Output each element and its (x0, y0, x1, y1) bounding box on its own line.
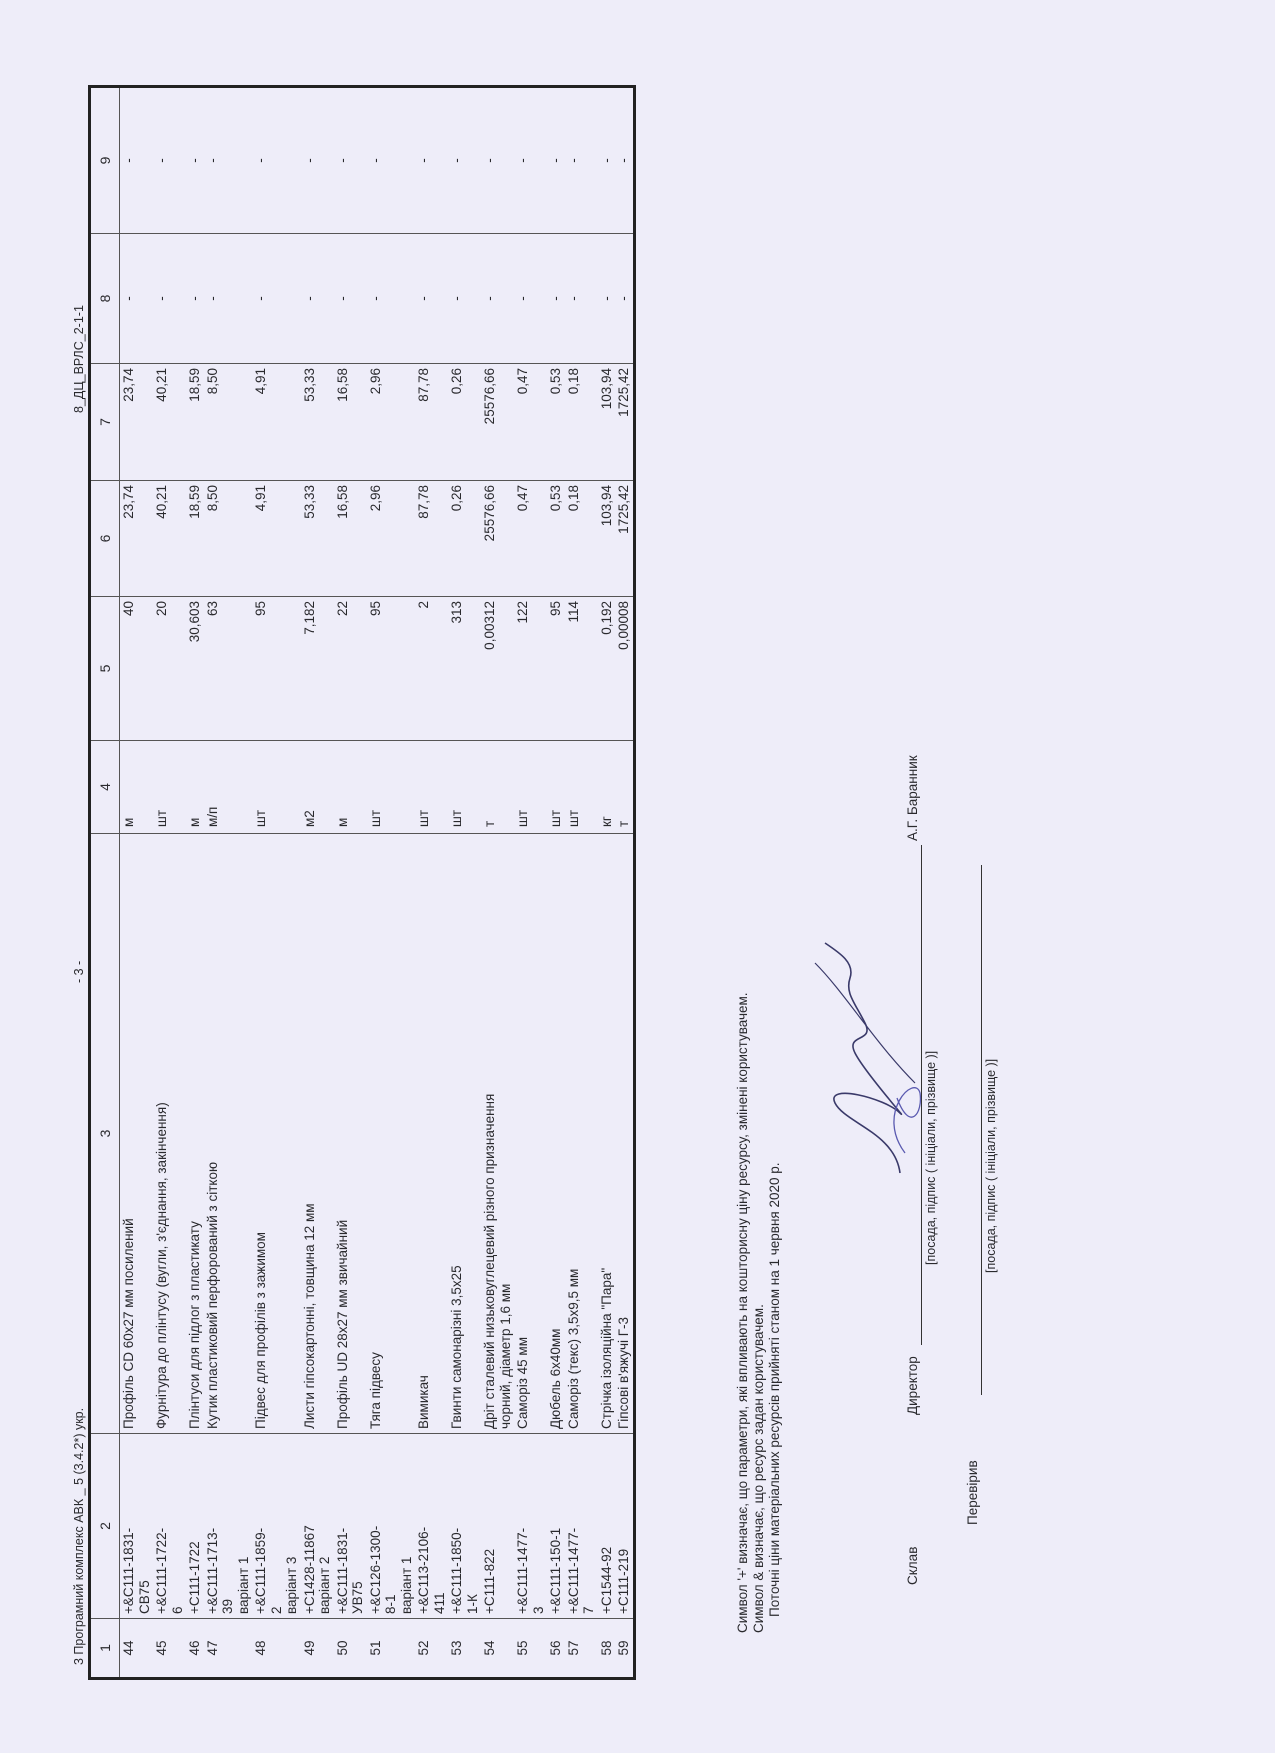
resource-code: +С111-219 (615, 1434, 634, 1619)
unit: шт (547, 741, 565, 834)
col8-value: - (415, 234, 448, 364)
price-col6: 103,94 (598, 481, 616, 597)
price-col7: 25576,66 (481, 364, 514, 481)
resource-code: +&С111-1859- 2 варіант 3 (252, 1434, 301, 1619)
price-col7: 1725,42 (615, 364, 634, 481)
quantity: 2 (415, 597, 448, 741)
col9-value: - (120, 87, 154, 234)
col9-value: - (334, 87, 367, 234)
unit: м2 (301, 741, 334, 834)
col9-value: - (204, 87, 253, 234)
quantity: 95 (252, 597, 301, 741)
resource-code: +С1428-11867 варіант 2 (301, 1434, 334, 1619)
unit: кг (598, 741, 616, 834)
table-row: 58+С1544-92Стрічка ізоляційна "Пара"кг0,… (598, 87, 616, 1679)
price-col6: 16,58 (334, 481, 367, 597)
row-number: 59 (615, 1619, 634, 1679)
resource-name: Профіль CD 60x27 мм посилений (120, 834, 154, 1434)
row-number: 56 (547, 1619, 565, 1679)
quantity: 22 (334, 597, 367, 741)
column-header-1: 1 (90, 1619, 120, 1679)
table-row: 54+С111-822Дріт сталевий низьковуглецеви… (481, 87, 514, 1679)
row-number: 58 (598, 1619, 616, 1679)
column-number-row: 123456789 (90, 87, 120, 1679)
resource-code: +&С111-1713- 39 варіант 1 (204, 1434, 253, 1619)
resource-name: Стрічка ізоляційна "Пара" (598, 834, 616, 1434)
unit: шт (448, 741, 481, 834)
column-header-8: 8 (90, 234, 120, 364)
price-col6: 1725,42 (615, 481, 634, 597)
rotated-document-page: 3 Програмний комплекс АВК _ 5 (3.4.2*) у… (0, 0, 1275, 1753)
resource-code: +&С113-2106- 411 (415, 1434, 448, 1619)
note-price-date: Поточні ціни матеріальних ресурсів прийн… (767, 992, 783, 1633)
col8-value: - (252, 234, 301, 364)
col9-value: - (448, 87, 481, 234)
row-number: 53 (448, 1619, 481, 1679)
resource-code: +&С111-1477- 7 (565, 1434, 598, 1619)
checked-signature-line (965, 865, 982, 1395)
resource-name: Підвес для профілів з зажимом (252, 834, 301, 1434)
table-row: 59+С111-219Гіпсові в'яжучі Г-3т0,0000817… (615, 87, 634, 1679)
row-number: 55 (514, 1619, 547, 1679)
unit: м (186, 741, 204, 834)
unit: шт (415, 741, 448, 834)
col9-value: - (186, 87, 204, 234)
col9-value: - (367, 87, 416, 234)
row-number: 52 (415, 1619, 448, 1679)
table-row: 55+&С111-1477- 3Саморіз 45 ммшт1220,470,… (514, 87, 547, 1679)
checked-hint: [посада, підпис ( ініціали, прізвище )] (984, 1059, 998, 1273)
col9-value: - (301, 87, 334, 234)
unit: т (481, 741, 514, 834)
resource-name: Профіль UD 28x27 мм звичайний (334, 834, 367, 1434)
row-number: 44 (120, 1619, 154, 1679)
table-row: 44+&С111-1831- СВ75Профіль CD 60x27 мм п… (120, 87, 154, 1679)
unit: т (615, 741, 634, 834)
price-col6: 25576,66 (481, 481, 514, 597)
col8-value: - (120, 234, 154, 364)
resource-code: +&С111-1831- УВ75 (334, 1434, 367, 1619)
col8-value: - (204, 234, 253, 364)
price-col6: 0,18 (565, 481, 598, 597)
resource-name: Саморіз 45 мм (514, 834, 547, 1434)
price-col7: 53,33 (301, 364, 334, 481)
resource-code: +&С111-1477- 3 (514, 1434, 547, 1619)
table-row: 56+&С111-150-1Дюбель 6x40ммшт950,530,53-… (547, 87, 565, 1679)
quantity: 313 (448, 597, 481, 741)
resource-name: Фурнітура до плінтусу (вугли, з'єднання,… (153, 834, 186, 1434)
resource-name: Дріт сталевий низьковуглецевий різного п… (481, 834, 514, 1434)
resource-code: +С111-1722 (186, 1434, 204, 1619)
col8-value: - (448, 234, 481, 364)
table-row: 47+&С111-1713- 39 варіант 1Кутик пластик… (204, 87, 253, 1679)
col8-value: - (186, 234, 204, 364)
table-row: 49+С1428-11867 варіант 2Листи гіпсокарто… (301, 87, 334, 1679)
resource-name: Дюбель 6x40мм (547, 834, 565, 1434)
resource-code: +С1544-92 (598, 1434, 616, 1619)
compiled-position: Директор (905, 1356, 920, 1415)
price-col7: 40,21 (153, 364, 186, 481)
handwritten-signature-icon (805, 933, 925, 1193)
unit: шт (565, 741, 598, 834)
resource-name: Вимикач (415, 834, 448, 1434)
row-number: 50 (334, 1619, 367, 1679)
row-number: 54 (481, 1619, 514, 1679)
price-col6: 0,53 (547, 481, 565, 597)
table-row: 46+С111-1722Плінтуси для підлог з пласти… (186, 87, 204, 1679)
price-col7: 103,94 (598, 364, 616, 481)
column-header-3: 3 (90, 834, 120, 1434)
document-code: 8_ДЦ_ВРЛС_2-1-1 (72, 305, 86, 413)
price-col6: 40,21 (153, 481, 186, 597)
col8-value: - (615, 234, 634, 364)
price-col6: 23,74 (120, 481, 154, 597)
resource-code: +&С111-150-1 (547, 1434, 565, 1619)
resource-name: Гіпсові в'яжучі Г-3 (615, 834, 634, 1434)
resource-code: +&С111-1831- СВ75 (120, 1434, 154, 1619)
table-row: 57+&С111-1477- 7Саморіз (текс) 3,5x9,5 м… (565, 87, 598, 1679)
table-row: 50+&С111-1831- УВ75Профіль UD 28x27 мм з… (334, 87, 367, 1679)
quantity: 40 (120, 597, 154, 741)
price-col7: 0,47 (514, 364, 547, 481)
row-number: 51 (367, 1619, 416, 1679)
col8-value: - (481, 234, 514, 364)
col9-value: - (481, 87, 514, 234)
price-col6: 53,33 (301, 481, 334, 597)
col8-value: - (367, 234, 416, 364)
price-col7: 0,26 (448, 364, 481, 481)
price-col6: 0,26 (448, 481, 481, 597)
compiled-label: Склав (905, 1547, 920, 1585)
row-number: 49 (301, 1619, 334, 1679)
column-header-4: 4 (90, 741, 120, 834)
column-header-7: 7 (90, 364, 120, 481)
quantity: 0,00312 (481, 597, 514, 741)
unit: м (334, 741, 367, 834)
quantity: 0,192 (598, 597, 616, 741)
col8-value: - (153, 234, 186, 364)
table-row: 45+&С111-1722- 6Фурнітура до плінтусу (в… (153, 87, 186, 1679)
col9-value: - (252, 87, 301, 234)
unit: шт (367, 741, 416, 834)
resource-table: 123456789 44+&С111-1831- СВ75Профіль CD … (88, 85, 636, 1680)
resource-name: Листи гіпсокартонні, товщина 12 мм (301, 834, 334, 1434)
col9-value: - (547, 87, 565, 234)
price-col7: 0,18 (565, 364, 598, 481)
column-header-6: 6 (90, 481, 120, 597)
unit: м/п (204, 741, 253, 834)
table-row: 53+&С111-1850- 1-КГвинти самонарізні 3,5… (448, 87, 481, 1679)
table-row: 52+&С113-2106- 411Вимикачшт287,7887,78-- (415, 87, 448, 1679)
quantity: 63 (204, 597, 253, 741)
notes-block: Символ '+' визначає, що параметри, які в… (735, 992, 783, 1633)
checked-label: Перевірив (965, 1460, 980, 1525)
col9-value: - (415, 87, 448, 234)
compiled-name: А.Г. Баранник (905, 755, 920, 841)
column-header-2: 2 (90, 1434, 120, 1619)
resource-name: Плінтуси для підлог з пластикату (186, 834, 204, 1434)
col8-value: - (334, 234, 367, 364)
price-col7: 18,59 (186, 364, 204, 481)
quantity: 95 (367, 597, 416, 741)
price-col7: 0,53 (547, 364, 565, 481)
price-col7: 8,50 (204, 364, 253, 481)
quantity: 30,603 (186, 597, 204, 741)
col8-value: - (514, 234, 547, 364)
compiled-hint: [посада, підпис ( ініціали, прізвище )] (924, 1051, 938, 1265)
price-col6: 18,59 (186, 481, 204, 597)
quantity: 20 (153, 597, 186, 741)
row-number: 48 (252, 1619, 301, 1679)
quantity: 7,182 (301, 597, 334, 741)
price-col7: 23,74 (120, 364, 154, 481)
price-col6: 4,91 (252, 481, 301, 597)
resource-name: Саморіз (текс) 3,5x9,5 мм (565, 834, 598, 1434)
software-header: 3 Програмний комплекс АВК _ 5 (3.4.2*) у… (72, 1408, 86, 1665)
col9-value: - (598, 87, 616, 234)
column-header-9: 9 (90, 87, 120, 234)
col8-value: - (565, 234, 598, 364)
note-ampersand-symbol: Символ & визначає, що ресурс задан корис… (751, 992, 767, 1633)
row-number: 47 (204, 1619, 253, 1679)
resource-code: +&С126-1300- 8-1 варіант 1 (367, 1434, 416, 1619)
price-col7: 2,96 (367, 364, 416, 481)
unit: шт (514, 741, 547, 834)
price-col6: 8,50 (204, 481, 253, 597)
unit: шт (252, 741, 301, 834)
resource-code: +&С111-1722- 6 (153, 1434, 186, 1619)
page-number: - 3 - (72, 961, 86, 983)
price-col6: 0,47 (514, 481, 547, 597)
row-number: 45 (153, 1619, 186, 1679)
col8-value: - (301, 234, 334, 364)
table-row: 51+&С126-1300- 8-1 варіант 1Тяга підвесу… (367, 87, 416, 1679)
resource-name: Кутик пластиковий перфорований з сіткою (204, 834, 253, 1434)
note-plus-symbol: Символ '+' визначає, що параметри, які в… (735, 992, 751, 1633)
price-col6: 87,78 (415, 481, 448, 597)
resource-code: +&С111-1850- 1-К (448, 1434, 481, 1619)
resource-code: +С111-822 (481, 1434, 514, 1619)
col9-value: - (565, 87, 598, 234)
unit: м (120, 741, 154, 834)
table-row: 48+&С111-1859- 2 варіант 3Підвес для про… (252, 87, 301, 1679)
price-col7: 16,58 (334, 364, 367, 481)
resource-name: Гвинти самонарізні 3,5x25 (448, 834, 481, 1434)
col8-value: - (547, 234, 565, 364)
resource-name: Тяга підвесу (367, 834, 416, 1434)
price-col7: 4,91 (252, 364, 301, 481)
col9-value: - (153, 87, 186, 234)
row-number: 46 (186, 1619, 204, 1679)
price-col7: 87,78 (415, 364, 448, 481)
quantity: 114 (565, 597, 598, 741)
quantity: 0,00008 (615, 597, 634, 741)
price-col6: 2,96 (367, 481, 416, 597)
quantity: 95 (547, 597, 565, 741)
unit: шт (153, 741, 186, 834)
quantity: 122 (514, 597, 547, 741)
col9-value: - (514, 87, 547, 234)
col8-value: - (598, 234, 616, 364)
col9-value: - (615, 87, 634, 234)
column-header-5: 5 (90, 597, 120, 741)
row-number: 57 (565, 1619, 598, 1679)
